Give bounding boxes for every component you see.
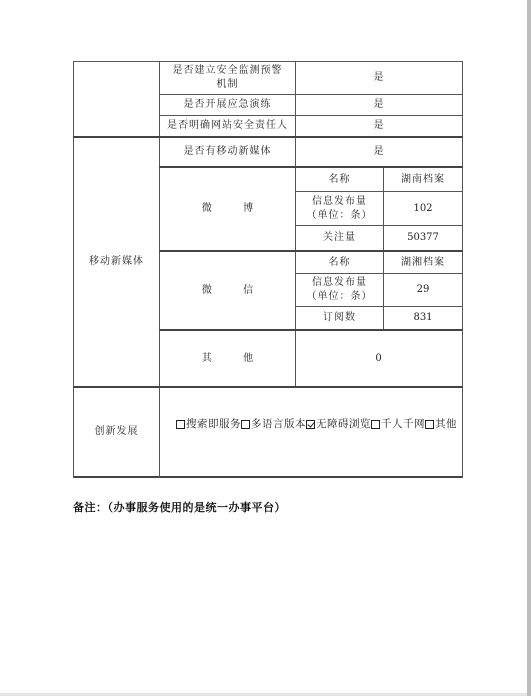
weibo-name-label: 名称 bbox=[296, 168, 383, 191]
security-answer-monitoring: 是 bbox=[296, 62, 462, 94]
posts-label-line1: 信息发布量 bbox=[312, 276, 367, 290]
security-question-drill: 是否开展应急演练 bbox=[160, 95, 295, 115]
page-edge-right bbox=[527, 0, 531, 696]
security-question-responsible: 是否明确网站安全责任人 bbox=[160, 116, 295, 136]
innovation-options: 搜索即服务 多语言版本 无障碍浏览 千人千网 其他 bbox=[160, 388, 462, 460]
option-label: 多语言版本 bbox=[251, 417, 306, 431]
checkbox-other[interactable] bbox=[425, 420, 434, 429]
weibo-posts-value: 102 bbox=[384, 192, 462, 225]
table-border-right bbox=[462, 61, 463, 478]
option-label: 搜索即服务 bbox=[186, 417, 241, 431]
other-media-value: 0 bbox=[296, 331, 462, 386]
other-media-label: 其 他 bbox=[160, 331, 295, 386]
option-label: 其他 bbox=[435, 417, 457, 431]
weibo-posts-label: 信息发布量 （单位：条） bbox=[296, 192, 383, 225]
option-label: 无障碍浏览 bbox=[316, 417, 371, 431]
posts-label-line1: 信息发布量 bbox=[312, 195, 367, 209]
weixin-posts-value: 29 bbox=[384, 274, 462, 306]
posts-label-line2: （单位：条） bbox=[307, 290, 373, 304]
innovation-section-label: 创新发展 bbox=[74, 388, 159, 476]
question-line1: 是否建立安全监测预警 bbox=[173, 64, 283, 78]
checkbox-multilingual[interactable] bbox=[241, 420, 250, 429]
table-border-bottom bbox=[73, 476, 463, 478]
security-answer-drill: 是 bbox=[296, 95, 462, 115]
weibo-name-value: 湖南档案 bbox=[384, 168, 462, 191]
mobile-media-section-label: 移动新媒体 bbox=[74, 138, 159, 386]
weixin-name-value: 湖湘档案 bbox=[384, 252, 462, 273]
weixin-subscribers-value: 831 bbox=[384, 307, 462, 329]
weixin-subscribers-label: 订阅数 bbox=[296, 307, 383, 329]
weixin-posts-label: 信息发布量 （单位：条） bbox=[296, 274, 383, 306]
checkbox-personalized[interactable] bbox=[371, 420, 380, 429]
option-label: 千人千网 bbox=[381, 417, 425, 431]
innovation-checkbox-row: 搜索即服务 多语言版本 无障碍浏览 千人千网 其他 bbox=[176, 417, 457, 431]
checkbox-accessibility[interactable] bbox=[306, 420, 315, 429]
has-mobile-media-answer: 是 bbox=[296, 138, 462, 166]
posts-label-line2: （单位：条） bbox=[307, 209, 373, 223]
checkbox-search-as-service[interactable] bbox=[176, 420, 185, 429]
has-mobile-media-question: 是否有移动新媒体 bbox=[160, 138, 295, 166]
weibo-label: 微 博 bbox=[160, 168, 295, 250]
footnote: 备注：（办事服务使用的是统一办事平台） bbox=[73, 499, 286, 515]
weibo-followers-label: 关注量 bbox=[296, 226, 383, 250]
security-question-monitoring: 是否建立安全监测预警 机制 bbox=[160, 62, 295, 94]
weixin-label: 微 信 bbox=[160, 252, 295, 329]
security-answer-responsible: 是 bbox=[296, 116, 462, 136]
weibo-followers-value: 50377 bbox=[384, 226, 462, 250]
question-line2: 机制 bbox=[217, 78, 239, 92]
weixin-name-label: 名称 bbox=[296, 252, 383, 273]
